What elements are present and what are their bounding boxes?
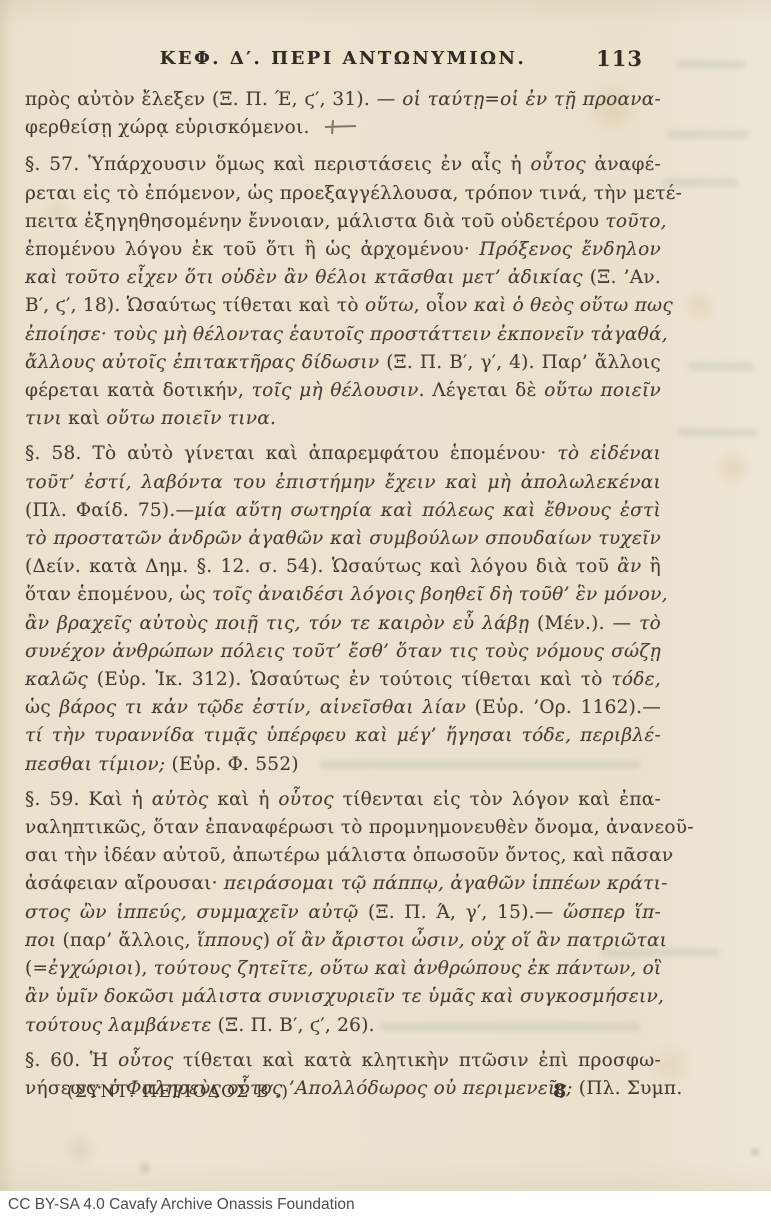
quoted-example-text: τοῦτο, [605,211,666,232]
body-text: , οἷον [414,295,474,316]
text-line: στος ὢν ἱππεύς, συμμαχεῖν αὐτῷ (Ξ. Π. Ά,… [25,899,661,927]
quoted-example-text: βάρος τι κἀν τῷδε ἐστίν, αἱνεῖσθαι λίαν [60,697,467,718]
body-text: ρεται εἰς τὸ ἑπόμενον, ὡς προεξαγγέλλουσ… [25,183,682,204]
quoted-example-text: οὗτος [530,154,585,175]
text-line: ρεται εἰς τὸ ἑπόμενον, ὡς προεξαγγέλλουσ… [25,180,661,208]
text-line: ἀσάφειαν αἴρουσαι· πειράσομαι τῷ πάππῳ, … [25,870,661,898]
body-text: ὡς [25,697,60,718]
body-text: (Δείν. κατὰ Δημ. §. 12. σ. 54). Ὡσαύτως … [25,556,617,577]
body-text: τίθεται καὶ κατὰ κλητικὴν πτῶσιν ἐπὶ προ… [173,1050,661,1071]
quoted-example-text: οὗτος [278,789,333,810]
quoted-example-text: ἵππους [197,930,263,951]
quoted-example-text: μία αὕτη σωτηρία καὶ πόλεως καὶ ἔθνους ἐ… [194,500,661,521]
quoted-example-text: τούτους ζητεῖτε, οὕτω καὶ ἀνθρώπους ἐκ π… [154,958,662,979]
quoted-example-text: ἂν βραχεῖς αὐτοὺς ποιῇ τις, τόν τε καιρὸ… [25,613,529,634]
text-line: (=ἐγχώριοι), τούτους ζητεῖτε, οὕτω καὶ ἀ… [25,955,661,983]
body-text: ὅταν ἑπομένου, ὡς [25,584,212,605]
body-text: ναληπτικῶς, ὅταν ἐπαναφέρωσι τὸ προμνημο… [25,817,694,838]
bleedthrough-mark [676,60,746,69]
text-line: ναληπτικῶς, ὅταν ἐπαναφέρωσι τὸ προμνημο… [25,814,661,842]
text-line: ἂν ὑμῖν δοκῶσι μάλιστα συνισχυριεῖν τε ὑ… [25,983,661,1011]
quoted-example-text: οὕτω ποιεῖν [544,380,661,401]
text-line: §. 60. Ἡ οὗτος τίθεται καὶ κατὰ κλητικὴν… [25,1047,661,1075]
quoted-example-text: ἂν ὑμῖν δοκῶσι μάλιστα συνισχυριεῖν τε ὑ… [25,986,664,1007]
quoted-example-text: ἐγχώριοι [48,958,134,979]
body-text: (Ξ. Π. Ά, γ′, 15).— [358,902,563,923]
quoted-example-text: τὸ προστατῶν ἀνδρῶν ἀγαθῶν καὶ συμβούλων… [25,528,661,549]
page-header: ΚΕΦ. Δ′. ΠΕΡΙ ΑΝΤΩΝΥΜΙΩΝ. 113 [25,48,661,74]
quoted-example-text: τοῖς μὴ θέλουσιν [252,380,419,401]
text-line: φέρεται κατὰ δοτικήν, τοῖς μὴ θέλουσιν. … [25,377,661,405]
quoted-example-text: τὸ εἰδέναι [557,443,661,464]
quoted-example-text: ἐποίησε· τοὺς μὴ θέλοντας ἑαυτοῖς προστά… [25,324,668,345]
body-text: §. 58. Τὸ αὐτὸ γίνεται καὶ ἀπαρεμφάτου ἑ… [25,443,557,464]
body-text: (Ξ. Π. Β′, γ′, 4). Παρ’ ἄλλοις [379,352,661,373]
paragraph: §. 59. Καὶ ἡ αὐτὸς καὶ ἡ οὗτος τίθενται … [25,786,661,1040]
body-text: ) [263,930,277,951]
quoted-example-text: τούτους λαμβάνετε [25,1015,212,1036]
quoted-example-text: οἱ ταύτῃ [402,89,484,110]
body-text: (Εὐρ. Φ. 552) [165,754,298,775]
text-line: τί τὴν τυραννίδα τιμᾷς ὑπέρφευ καὶ μέγ’ … [25,722,661,750]
body-text: (Εὐρ. Ἱκ. 312). Ὡσαύτως ἐν τούτοις τίθετ… [88,669,611,690]
text-line: ἐποίησε· τοὺς μὴ θέλοντας ἑαυτοῖς προστά… [25,321,661,349]
body-text: ἀσάφειαν αἴρουσαι· [25,873,224,894]
body-text: (Εὐρ. ’Ορ. 1162).— [466,697,661,718]
sheet-number: 8 [553,1080,567,1102]
text-line: ἂν βραχεῖς αὐτοὺς ποιῇ τις, τόν τε καιρὸ… [25,610,661,638]
bleedthrough-mark [688,362,754,371]
chapter-title: ΚΕΦ. Δ′. ΠΕΡΙ ΑΝΤΩΝΥΜΙΩΝ. [25,48,661,69]
quoted-example-text: πειράσομαι τῷ πάππῳ, ἀγαθῶν ἱππέων κράτι… [224,873,668,894]
text-line: τούτους λαμβάνετε (Ξ. Π. Β′, ϛ′, 26). [25,1012,661,1040]
text-block: πρὸς αὐτὸν ἔλεξεν (Ξ. Π. Έ, ϛ′, 31). — ο… [25,86,661,1103]
text-line: πρὸς αὐτὸν ἔλεξεν (Ξ. Π. Έ, ϛ′, 31). — ο… [25,86,661,114]
body-text: ἢ [642,556,662,577]
text-line: ὅταν ἑπομένου, ὡς τοῖς ἀναιδέσι λόγοις β… [25,581,661,609]
text-line: καλῶς (Εὐρ. Ἱκ. 312). Ὡσαύτως ἐν τούτοις… [25,666,661,694]
body-text: πειτα ἐξηγηθησομένην ἔννοιαν, μάλιστα δι… [25,211,605,232]
text-line: πεσθαι τίμιον; (Εὐρ. Φ. 552) [25,751,661,779]
body-text: πρὸς αὐτὸν ἔλεξεν (Ξ. Π. Έ, ϛ′, 31). — [25,89,402,110]
text-line: τινι καὶ οὕτω ποιεῖν τινα. [25,405,661,433]
text-line: §. 59. Καὶ ἡ αὐτὸς καὶ ἡ οὗτος τίθενται … [25,786,661,814]
body-text: Β′, ϛ′, 18). Ὡσαύτως τίθεται καὶ τὸ [25,295,365,316]
body-text: ἀναφέ- [586,154,661,175]
body-text: = [484,89,500,110]
quoted-example-text: καὶ τοῦτο εἶχεν ὅτι οὐδὲν ἂν θέλοι κτᾶσθ… [25,267,583,288]
quoted-example-text: συνέχον ἀνθρώπων πόλεις τοῦτ’ ἔσθ’ ὅταν … [25,641,661,662]
quoted-example-text: τινι [25,408,62,429]
body-text: (Μέν.). — [529,613,639,634]
attribution-text: CC BY-SA 4.0 Cavafy Archive Onassis Foun… [8,1196,355,1214]
body-text: ), [134,958,154,979]
page-footer: (ΣΥΝΤ. ΠΕΡΙΟΔΟΣ Β′.) 8 [25,1082,661,1106]
quoted-example-text: ἂν [617,556,641,577]
quoted-example-text: αὐτὸς [152,789,209,810]
body-text: (Πλ. Φαίδ. 75).— [25,500,194,521]
paragraph: §. 57. Ὑπάρχουσιν ὅμως καὶ περιστάσεις ἐ… [25,151,661,433]
paragraph: πρὸς αὐτὸν ἔλεξεν (Ξ. Π. Έ, ϛ′, 31). — ο… [25,86,661,144]
quoted-example-text: τὸ [639,613,661,634]
body-text: (Ξ. Π. Β′, ϛ′, 26). [212,1015,375,1036]
quoted-example-text: πεσθαι τίμιον; [25,754,165,775]
quoted-example-text: οὕτω [365,295,414,316]
text-line: συνέχον ἀνθρώπων πόλεις τοῦτ’ ἔσθ’ ὅταν … [25,638,661,666]
body-text: ἑπομένου λόγου ἐκ τοῦ ὅτι ἢ ὡς ἀρχομένου… [25,239,479,260]
quoted-example-text: Πρόξενος ἔνδηλον [479,239,661,260]
bleedthrough-mark [666,130,750,139]
quoted-example-text: καὶ ὁ θεὸς οὕτω πως [474,295,673,316]
bleedthrough-mark [678,428,758,437]
body-text: φερθείσῃ χώρᾳ εὑρισκόμενοι. [25,117,310,138]
quoted-example-text: τί τὴν τυραννίδα τιμᾷς ὑπέρφευ καὶ μέγ’ … [25,725,661,746]
body-text: σαι τὴν ἰδέαν αὐτοῦ, ἀπωτέρω μάλιστα ὁπω… [25,845,673,866]
text-line: τὸ προστατῶν ἀνδρῶν ἀγαθῶν καὶ συμβούλων… [25,525,661,553]
quoted-example-text: οἵ ἂν ἄριστοι ὦσιν, οὐχ οἵ ἂν πατριῶται [276,930,667,951]
page-number: 113 [596,46,643,71]
text-line: ἄλλους αὐτοῖς ἐπιτακτῆρας δίδωσιν (Ξ. Π.… [25,349,661,377]
paragraph: §. 58. Τὸ αὐτὸ γίνεται καὶ ἀπαρεμφάτου ἑ… [25,440,661,778]
text-line: (Δείν. κατὰ Δημ. §. 12. σ. 54). Ὡσαύτως … [25,553,661,581]
text-line: φερθείσῃ χώρᾳ εὑρισκόμενοι. [25,114,661,144]
series-signature: (ΣΥΝΤ. ΠΕΡΙΟΔΟΣ Β′.) [67,1082,289,1102]
quoted-example-text: καλῶς [25,669,88,690]
text-line: ὡς βάρος τι κἀν τῷδε ἐστίν, αἱνεῖσθαι λί… [25,694,661,722]
text-line: σαι τὴν ἰδέαν αὐτοῦ, ἀπωτέρω μάλιστα ὁπω… [25,842,661,870]
text-line: καὶ τοῦτο εἶχεν ὅτι οὐδὲν ἂν θέλοι κτᾶσθ… [25,264,661,292]
body-text: (Ξ. ’Αν. [583,267,661,288]
text-line: τοῦτ’ ἐστί, λαβόντα του ἐπιστήμην ἔχειν … [25,469,661,497]
text-line: πειτα ἐξηγηθησομένην ἔννοιαν, μάλιστα δι… [25,208,661,236]
body-text: τίθενται εἰς τὸν λόγον καὶ ἐπα- [334,789,661,810]
text-line: §. 58. Τὸ αὐτὸ γίνεται καὶ ἀπαρεμφάτου ἑ… [25,440,661,468]
body-text: . Λέγεται δὲ [419,380,545,401]
body-text: §. 60. Ἡ [25,1050,118,1071]
quoted-example-text: στος ὢν ἱππεύς, συμμαχεῖν αὐτῷ [25,902,358,923]
body-text: καὶ [62,408,106,429]
attribution-bar: CC BY-SA 4.0 Cavafy Archive Onassis Foun… [0,1191,771,1223]
text-line: Β′, ϛ′, 18). Ὡσαύτως τίθεται καὶ τὸ οὕτω… [25,292,661,320]
text-line: ἑπομένου λόγου ἐκ τοῦ ὅτι ἢ ὡς ἀρχομένου… [25,236,661,264]
body-text: φέρεται κατὰ δοτικήν, [25,380,252,401]
body-text: §. 59. Καὶ ἡ [25,789,152,810]
body-text: καὶ ἡ [209,789,279,810]
quoted-example-text: οὗτος [118,1050,173,1071]
quoted-example-text: οὕτω ποιεῖν τινα. [106,408,276,429]
quoted-example-text: τοῦτ’ ἐστί, λαβόντα του ἐπιστήμην ἔχειν … [25,472,661,493]
quoted-example-text: ὥσπερ ἵπ- [563,902,661,923]
text-line: ποι (παρ’ ἄλλοις, ἵππους) οἵ ἂν ἄριστοι … [25,927,661,955]
body-text: (παρ’ ἄλλοις, [56,930,197,951]
body-text: (= [25,958,48,979]
text-line: (Πλ. Φαίδ. 75).—μία αὕτη σωτηρία καὶ πόλ… [25,497,661,525]
quoted-example-text: ἄλλους αὐτοῖς ἐπιτακτῆρας δίδωσιν [25,352,379,373]
text-line: §. 57. Ὑπάρχουσιν ὅμως καὶ περιστάσεις ἐ… [25,151,661,179]
quoted-example-text: ποι [25,930,56,951]
handwritten-pencil-mark-icon [324,116,358,144]
quoted-example-text: τόδε, [611,669,661,690]
quoted-example-text: τοῖς ἀναιδέσι λόγοις βοηθεῖ δὴ τοῦθ’ ἓν … [212,584,668,605]
body-text: §. 57. Ὑπάρχουσιν ὅμως καὶ περιστάσεις ἐ… [25,154,530,175]
quoted-example-text: οἱ ἐν τῇ προανα- [500,89,661,110]
book-page-scan: ΚΕΦ. Δ′. ΠΕΡΙ ΑΝΤΩΝΥΜΙΩΝ. 113 πρὸς αὐτὸν… [0,0,771,1191]
